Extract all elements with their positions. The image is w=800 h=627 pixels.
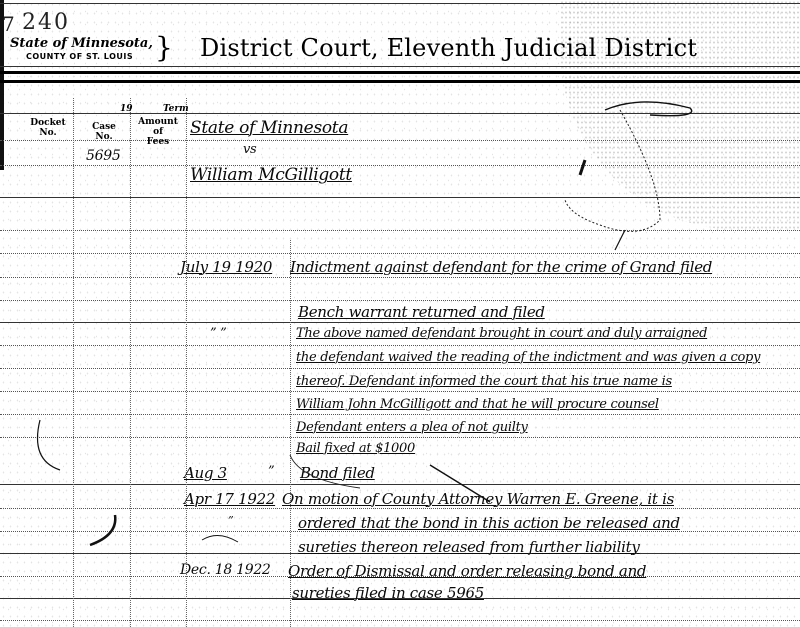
entry-text: William John McGilligott and that he wil… — [296, 397, 659, 412]
header-thick-rule-2 — [0, 80, 800, 83]
docket-no-header: Docket No. — [28, 118, 68, 138]
fees-header-line2: Fees — [134, 137, 182, 147]
county-label: COUNTY OF ST. LOUIS — [26, 52, 133, 61]
page-number-prefix: 7 — [2, 12, 17, 36]
entry-text: Order of Dismissal and order releasing b… — [288, 562, 646, 580]
entry-ditto: ” — [268, 464, 274, 479]
entry-ditto: ” — [228, 514, 233, 527]
entry-text: The above named defendant brought in cou… — [296, 326, 707, 341]
ledger-rule — [0, 165, 800, 166]
pen-stroke — [90, 515, 115, 545]
versus-label: vs — [243, 142, 256, 157]
entry-text: ordered that the bond in this action be … — [298, 514, 680, 532]
term-label: Term — [163, 104, 189, 114]
entry-date: Aug 3 — [184, 464, 227, 482]
docket-no-header-line2: No. — [28, 128, 68, 138]
ledger-rule — [0, 484, 800, 485]
entry-text: On motion of County Attorney Warren E. G… — [282, 490, 674, 508]
pen-stroke — [38, 420, 61, 470]
defendant-name: William McGilligott — [190, 165, 352, 185]
top-rule — [0, 3, 800, 4]
entry-text: Indictment against defendant for the cri… — [290, 258, 712, 276]
header-thick-rule — [0, 71, 800, 74]
entry-text: Defendant enters a plea of not guilty — [296, 420, 528, 435]
ledger-rule — [0, 391, 800, 392]
ledger-rule — [0, 230, 800, 231]
page-number-value: 240 — [22, 10, 70, 35]
brace-glyph: } — [155, 34, 173, 62]
entry-date: Dec. 18 1922 — [180, 562, 271, 578]
ledger-rule — [0, 345, 800, 346]
docket-no-header-line1: Docket — [28, 118, 68, 128]
case-no-header: Case No. — [82, 122, 126, 142]
entry-text: thereof. Defendant informed the court th… — [296, 374, 672, 389]
ledger-rule — [0, 197, 800, 198]
ledger-rule — [0, 253, 800, 254]
page-number: 7 240 — [22, 10, 70, 35]
entry-text: Bail fixed at $1000 — [296, 441, 415, 456]
ledger-rule — [0, 277, 800, 278]
entry-text: sureties filed in case 5965 — [292, 584, 484, 602]
header-rule — [0, 66, 800, 67]
pen-stroke — [615, 230, 625, 250]
entry-date: July 19 1920 — [180, 258, 272, 276]
pen-stroke — [580, 160, 585, 175]
column-divider — [73, 98, 74, 627]
entry-text: sureties thereon released from further l… — [298, 538, 640, 556]
pen-stroke — [565, 110, 660, 231]
entry-text: Bench warrant returned and filed — [298, 303, 545, 321]
ledger-rule — [0, 368, 800, 369]
plaintiff-name: State of Minnesota — [190, 118, 348, 138]
court-title: District Court, Eleventh Judicial Distri… — [200, 34, 697, 62]
ledger-rule — [0, 620, 800, 621]
ledger-rule — [0, 437, 800, 438]
year-prefix: 19 — [120, 104, 133, 114]
case-number: 5695 — [86, 148, 120, 164]
ledger-rule — [0, 300, 800, 301]
entry-text: Bond filed — [300, 464, 375, 482]
state-label: State of Minnesota, — [10, 36, 153, 51]
entry-text: the defendant waived the reading of the … — [296, 350, 760, 365]
entry-ditto: ” ” — [210, 326, 227, 341]
ledger-rule — [0, 322, 800, 323]
ledger-rule — [0, 508, 800, 509]
fees-header: Amount of Fees — [134, 117, 182, 147]
entry-date: Apr 17 1922 — [184, 490, 275, 508]
fees-header-line1: Amount of — [134, 117, 182, 137]
ledger-rule — [0, 414, 800, 415]
court-docket-page: 7 240 State of Minnesota, COUNTY OF ST. … — [0, 0, 800, 627]
pen-stroke — [202, 535, 238, 542]
column-divider — [130, 98, 131, 627]
column-divider — [186, 98, 187, 627]
